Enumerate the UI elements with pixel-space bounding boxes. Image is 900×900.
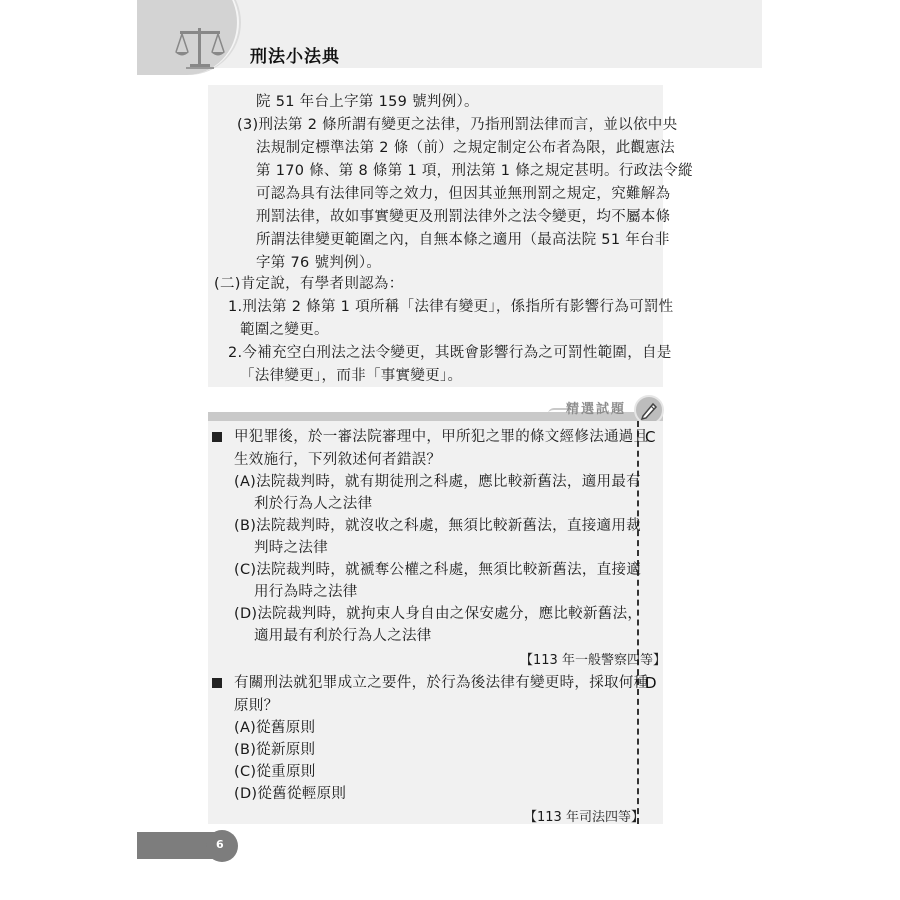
- option-line: 適用最有利於行為人之法律: [254, 626, 432, 646]
- text-line: (二)肯定說，有學者則認為：: [214, 274, 404, 294]
- answer-key: C: [645, 428, 655, 446]
- text-line: 院 51 年台上字第 159 號判例）。: [256, 92, 479, 112]
- option-line: 利於行為人之法律: [254, 494, 372, 514]
- option-line: (A)法院裁判時，就有期徒刑之科處，應比較新舊法，適用最有: [234, 472, 641, 492]
- text-line: 第 170 條、第 8 條第 1 項，刑法第 1 條之規定甚明。行政法令縱: [256, 161, 693, 181]
- question-stem: 甲犯罪後，於一審法院審理中，甲所犯之罪的條文經修法通過且: [234, 427, 648, 447]
- option-line: 判時之法律: [254, 538, 328, 558]
- bullet-square-icon: [212, 432, 222, 442]
- bullet-square-icon: [212, 678, 222, 688]
- question-stem: 有關刑法就犯罪成立之要件，於行為後法律有變更時，採取何種: [234, 673, 648, 693]
- text-line: 1.刑法第 2 條第 1 項所稱「法律有變更」，係指所有影響行為可罰性: [228, 297, 673, 317]
- question-source: 【113 年司法四等】: [524, 806, 644, 825]
- page-number: 6: [216, 838, 224, 851]
- question-stem: 原則？: [234, 696, 278, 716]
- option-line: (B)法院裁判時，就沒收之科處，無須比較新舊法，直接適用裁: [234, 516, 641, 536]
- text-line: 「法律變更」，而非「事實變更」。: [240, 366, 462, 386]
- scale-of-justice-icon: [172, 24, 228, 70]
- option-line: (C)法院裁判時，就褫奪公權之科處，無須比較新舊法，直接適: [234, 560, 641, 580]
- text-line: 可認為具有法律同等之效力，但因其並無刑罰之規定，究難解為: [256, 184, 670, 204]
- text-line: (3)刑法第 2 條所謂有變更之法律，乃指刑罰法律而言，並以依中央: [237, 115, 677, 135]
- question-source: 【113 年一般警察四等】: [520, 649, 666, 668]
- section-label: 精選試題: [566, 398, 626, 417]
- text-line: 法規制定標準法第 2 條（前）之規定制定公布者為限，此觀憲法: [256, 138, 675, 158]
- option-line: (B)從新原則: [234, 740, 315, 760]
- option-line: (D)從舊從輕原則: [234, 784, 346, 804]
- text-line: 所謂法律變更範圍之內，自無本條之適用（最高法院 51 年台非: [256, 230, 670, 250]
- text-line: 2.今補充空白刑法之法令變更，其既會影響行為之可罰性範圍，自是: [228, 343, 672, 363]
- answer-key: D: [645, 674, 657, 692]
- question-stem: 生效施行，下列敘述何者錯誤？: [234, 450, 441, 470]
- text-line: 範圍之變更。: [240, 320, 329, 340]
- option-line: (A)從舊原則: [234, 718, 315, 738]
- section-label-tail: [548, 408, 568, 414]
- option-line: (C)從重原則: [234, 762, 316, 782]
- text-line: 刑罰法律，故如事實變更及刑罰法律外之法令變更，均不屬本條: [256, 207, 670, 227]
- book-title: 刑法小法典: [250, 42, 340, 67]
- option-line: (D)法院裁判時，就拘束人身自由之保安處分，應比較新舊法，: [234, 604, 642, 624]
- text-line: 字第 76 號判例）。: [256, 253, 381, 273]
- option-line: 用行為時之法律: [254, 582, 358, 602]
